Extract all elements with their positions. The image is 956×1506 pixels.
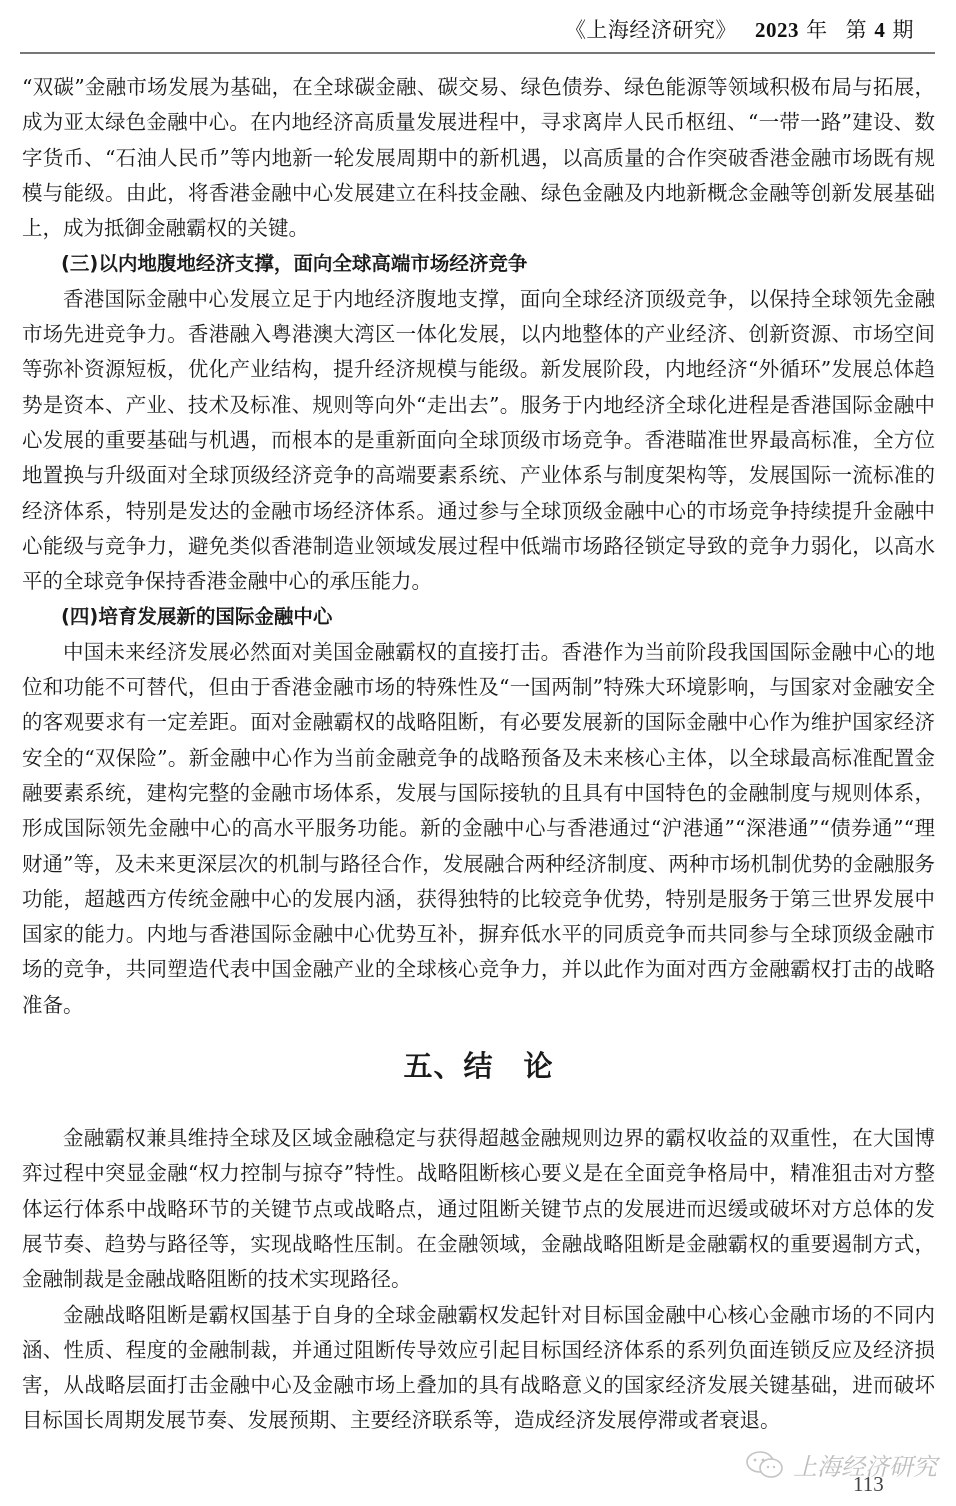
article-body: “双碳”金融市场发展为基础，在全球碳金融、碳交易、绿色债券、绿色能源等领域积极布… [22,70,935,1439]
section-title-conclusion: 五、结论 [22,1041,935,1091]
year: 2023 [755,18,799,42]
issue-unit: 期 [893,18,915,42]
paragraph: 香港国际金融中心发展立足于内地经济腹地支撑，面向全球经济顶级竞争，以保持全球领先… [22,282,935,600]
running-head: 《上海经济研究》2023 年第 4 期 [565,14,914,44]
watermark: 上海经济研究 [745,1447,937,1482]
page-number: 113 [853,1472,884,1497]
issue-prefix: 第 [846,18,868,42]
paragraph: 金融霸权兼具维持全球及区域金融稳定与获得超越金融规则边界的霸权收益的双重性，在大… [22,1121,935,1297]
year-unit: 年 [806,18,828,42]
journal-title: 《上海经济研究》 [565,18,737,42]
paragraph: 中国未来经济发展必然面对美国金融霸权的直接打击。香港作为当前阶段我国国际金融中心… [22,635,935,1023]
subsection-heading-3: (三)以内地腹地经济支撑，面向全球高端市场经济竞争 [22,246,935,281]
issue-number: 4 [874,18,885,42]
paragraph-continued: “双碳”金融市场发展为基础，在全球碳金融、碳交易、绿色债券、绿色能源等领域积极布… [22,70,935,246]
paragraph: 金融战略阻断是霸权国基于自身的全球金融霸权发起针对目标国金融中心核心金融市场的不… [22,1298,935,1439]
subsection-heading-4: (四)培育发展新的国际金融中心 [22,599,935,634]
header-rule [20,52,935,54]
wechat-icon [745,1450,785,1480]
